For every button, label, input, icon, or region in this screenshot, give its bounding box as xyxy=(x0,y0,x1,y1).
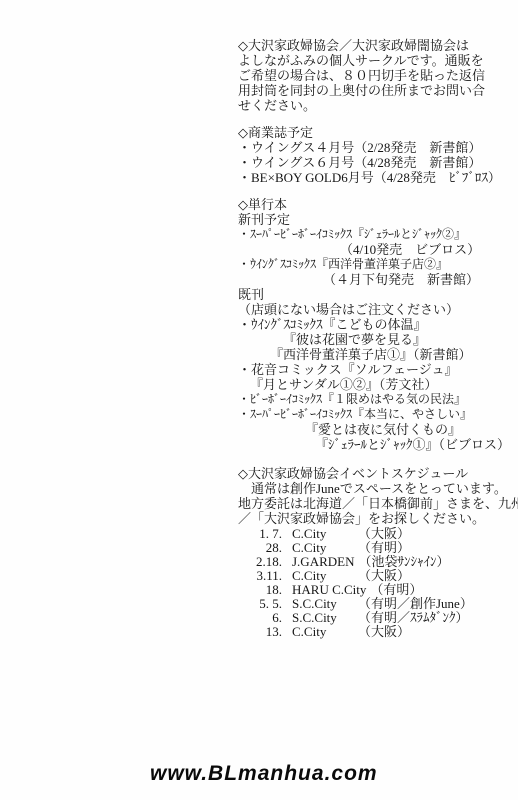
event-venue: （大阪） xyxy=(358,569,410,583)
book-item: 『愛とは夜に気付くもの』 xyxy=(238,422,512,437)
magazine-item: ・ウイングス４月号（2/28発売 新書館） xyxy=(238,140,512,155)
book-item: 『月とサンダル①②』（芳文社） xyxy=(238,377,512,392)
event-schedule-row: 1. 7. C.City （大阪） xyxy=(238,527,512,541)
scanned-document-page: ◇大沢家政婦協会／大沢家政婦闇協会は よしながふみの個人サークルです。通販を ご… xyxy=(0,0,518,800)
event-date: 3.11. xyxy=(238,569,282,583)
book-item: ・ｳｲﾝｸﾞｽｺﾐｯｸｽ『こどもの体温』 xyxy=(238,317,512,332)
intro-section: ◇大沢家政婦協会／大沢家政婦闇協会は よしながふみの個人サークルです。通販を ご… xyxy=(238,38,512,113)
magazine-section-header: ◇商業誌予定 xyxy=(238,125,512,140)
event-venue: （大阪） xyxy=(358,527,410,541)
events-section-header: ◇大沢家政婦協会イベントスケジュール xyxy=(238,466,512,481)
magazine-item: ・ウイングス６月号（4/28発売 新書館） xyxy=(238,155,512,170)
event-name: C.City xyxy=(292,541,354,555)
magazine-item: ・BE×BOY GOLD6月号（4/28発売 ﾋﾞﾌﾞﾛｽ） xyxy=(238,170,512,185)
watermark-url: www.BLmanhua.com xyxy=(150,762,378,786)
text-column: ◇大沢家政婦協会／大沢家政婦闇協会は よしながふみの個人サークルです。通販を ご… xyxy=(238,38,512,651)
event-date: 2.18. xyxy=(238,555,282,569)
event-date: 13. xyxy=(238,625,282,639)
backlist-note: （店頭にない場合はご注文ください） xyxy=(238,302,512,317)
events-note: 地方委託は北海道／「日本橋御前」さまを、九州 xyxy=(238,496,512,511)
event-schedule-row: 5. 5. S.C.City （有明／創作June） xyxy=(238,597,512,611)
event-venue: （有明） xyxy=(370,583,422,597)
events-note: 通常は創作Juneでスペースをとっています。 xyxy=(238,481,512,496)
event-date: 28. xyxy=(238,541,282,555)
event-venue: （有明／ｽﾗﾑﾀﾞﾝｸ） xyxy=(358,611,469,625)
books-section-header: ◇単行本 xyxy=(238,197,512,212)
event-name: C.City xyxy=(292,569,354,583)
event-name: S.C.City xyxy=(292,597,354,611)
event-name: J.GARDEN xyxy=(292,555,354,569)
book-item: ・ﾋﾞｰﾎﾞｰｲｺﾐｯｸｽ『１限めはやる気の民法』 xyxy=(238,392,512,407)
event-schedule-row: 3.11. C.City （大阪） xyxy=(238,569,512,583)
event-venue: （池袋ｻﾝｼｬｲﾝ） xyxy=(358,555,449,569)
intro-line: 用封筒を同封の上奥付の住所までお問い合 xyxy=(238,83,512,98)
event-venue: （有明／創作June） xyxy=(358,597,473,611)
intro-line: よしながふみの個人サークルです。通販を xyxy=(238,53,512,68)
events-section: ◇大沢家政婦協会イベントスケジュール 通常は創作Juneでスペースをとっています… xyxy=(238,466,512,639)
event-schedule-row: 13. C.City （大阪） xyxy=(238,625,512,639)
event-venue: （有明） xyxy=(358,541,410,555)
new-releases-label: 新刊予定 xyxy=(238,212,512,227)
book-item: 『ｼﾞｪﾗｰﾙとｼﾞｬｯｸ①』（ビブロス） xyxy=(238,437,512,452)
event-date: 6. xyxy=(238,611,282,625)
book-item: 『彼は花園で夢を見る』 xyxy=(238,332,512,347)
event-date: 18. xyxy=(238,583,282,597)
book-item-detail: （4/10発売 ビブロス） xyxy=(238,242,512,257)
book-item: ・ｽｰﾊﾟｰﾋﾞｰﾎﾞｰｲｺﾐｯｸｽ『本当に、やさしい』 xyxy=(238,407,512,422)
event-schedule-row: 6. S.C.City （有明／ｽﾗﾑﾀﾞﾝｸ） xyxy=(238,611,512,625)
books-section: ◇単行本 新刊予定 ・ｽｰﾊﾟｰﾋﾞｰﾎﾞｰｲｺﾐｯｸｽ『ｼﾞｪﾗｰﾙとｼﾞｬｯ… xyxy=(238,197,512,452)
book-item-detail: （４月下旬発売 新書館） xyxy=(238,272,512,287)
event-name: C.City xyxy=(292,625,354,639)
event-venue: （大阪） xyxy=(358,625,410,639)
book-item: 『西洋骨董洋菓子店①』（新書館） xyxy=(238,347,512,362)
event-date: 1. 7. xyxy=(238,527,282,541)
event-schedule-row: 28. C.City （有明） xyxy=(238,541,512,555)
book-item: ・花音コミックス『ソルフェージュ』 xyxy=(238,362,512,377)
intro-line: せください。 xyxy=(238,98,512,113)
event-schedule-row: 2.18. J.GARDEN （池袋ｻﾝｼｬｲﾝ） xyxy=(238,555,512,569)
event-name: S.C.City xyxy=(292,611,354,625)
intro-line: ご希望の場合は、８０円切手を貼った返信 xyxy=(238,68,512,83)
event-name: HARU C.City xyxy=(292,583,366,597)
event-schedule-row: 18. HARU C.City （有明） xyxy=(238,583,512,597)
magazine-section: ◇商業誌予定 ・ウイングス４月号（2/28発売 新書館） ・ウイングス６月号（4… xyxy=(238,125,512,185)
book-item: ・ｳｲﾝｸﾞｽｺﾐｯｸｽ『西洋骨董洋菓子店②』 xyxy=(238,257,512,272)
event-schedule-list: 1. 7. C.City （大阪） 28. C.City （有明） 2.18. … xyxy=(238,527,512,639)
backlist-label: 既刊 xyxy=(238,287,512,302)
events-note: ／「大沢家政婦協会」をお探しください。 xyxy=(238,511,512,526)
event-name: C.City xyxy=(292,527,354,541)
event-date: 5. 5. xyxy=(238,597,282,611)
intro-line: ◇大沢家政婦協会／大沢家政婦闇協会は xyxy=(238,38,512,53)
book-item: ・ｽｰﾊﾟｰﾋﾞｰﾎﾞｰｲｺﾐｯｸｽ『ｼﾞｪﾗｰﾙとｼﾞｬｯｸ②』 xyxy=(238,227,512,242)
